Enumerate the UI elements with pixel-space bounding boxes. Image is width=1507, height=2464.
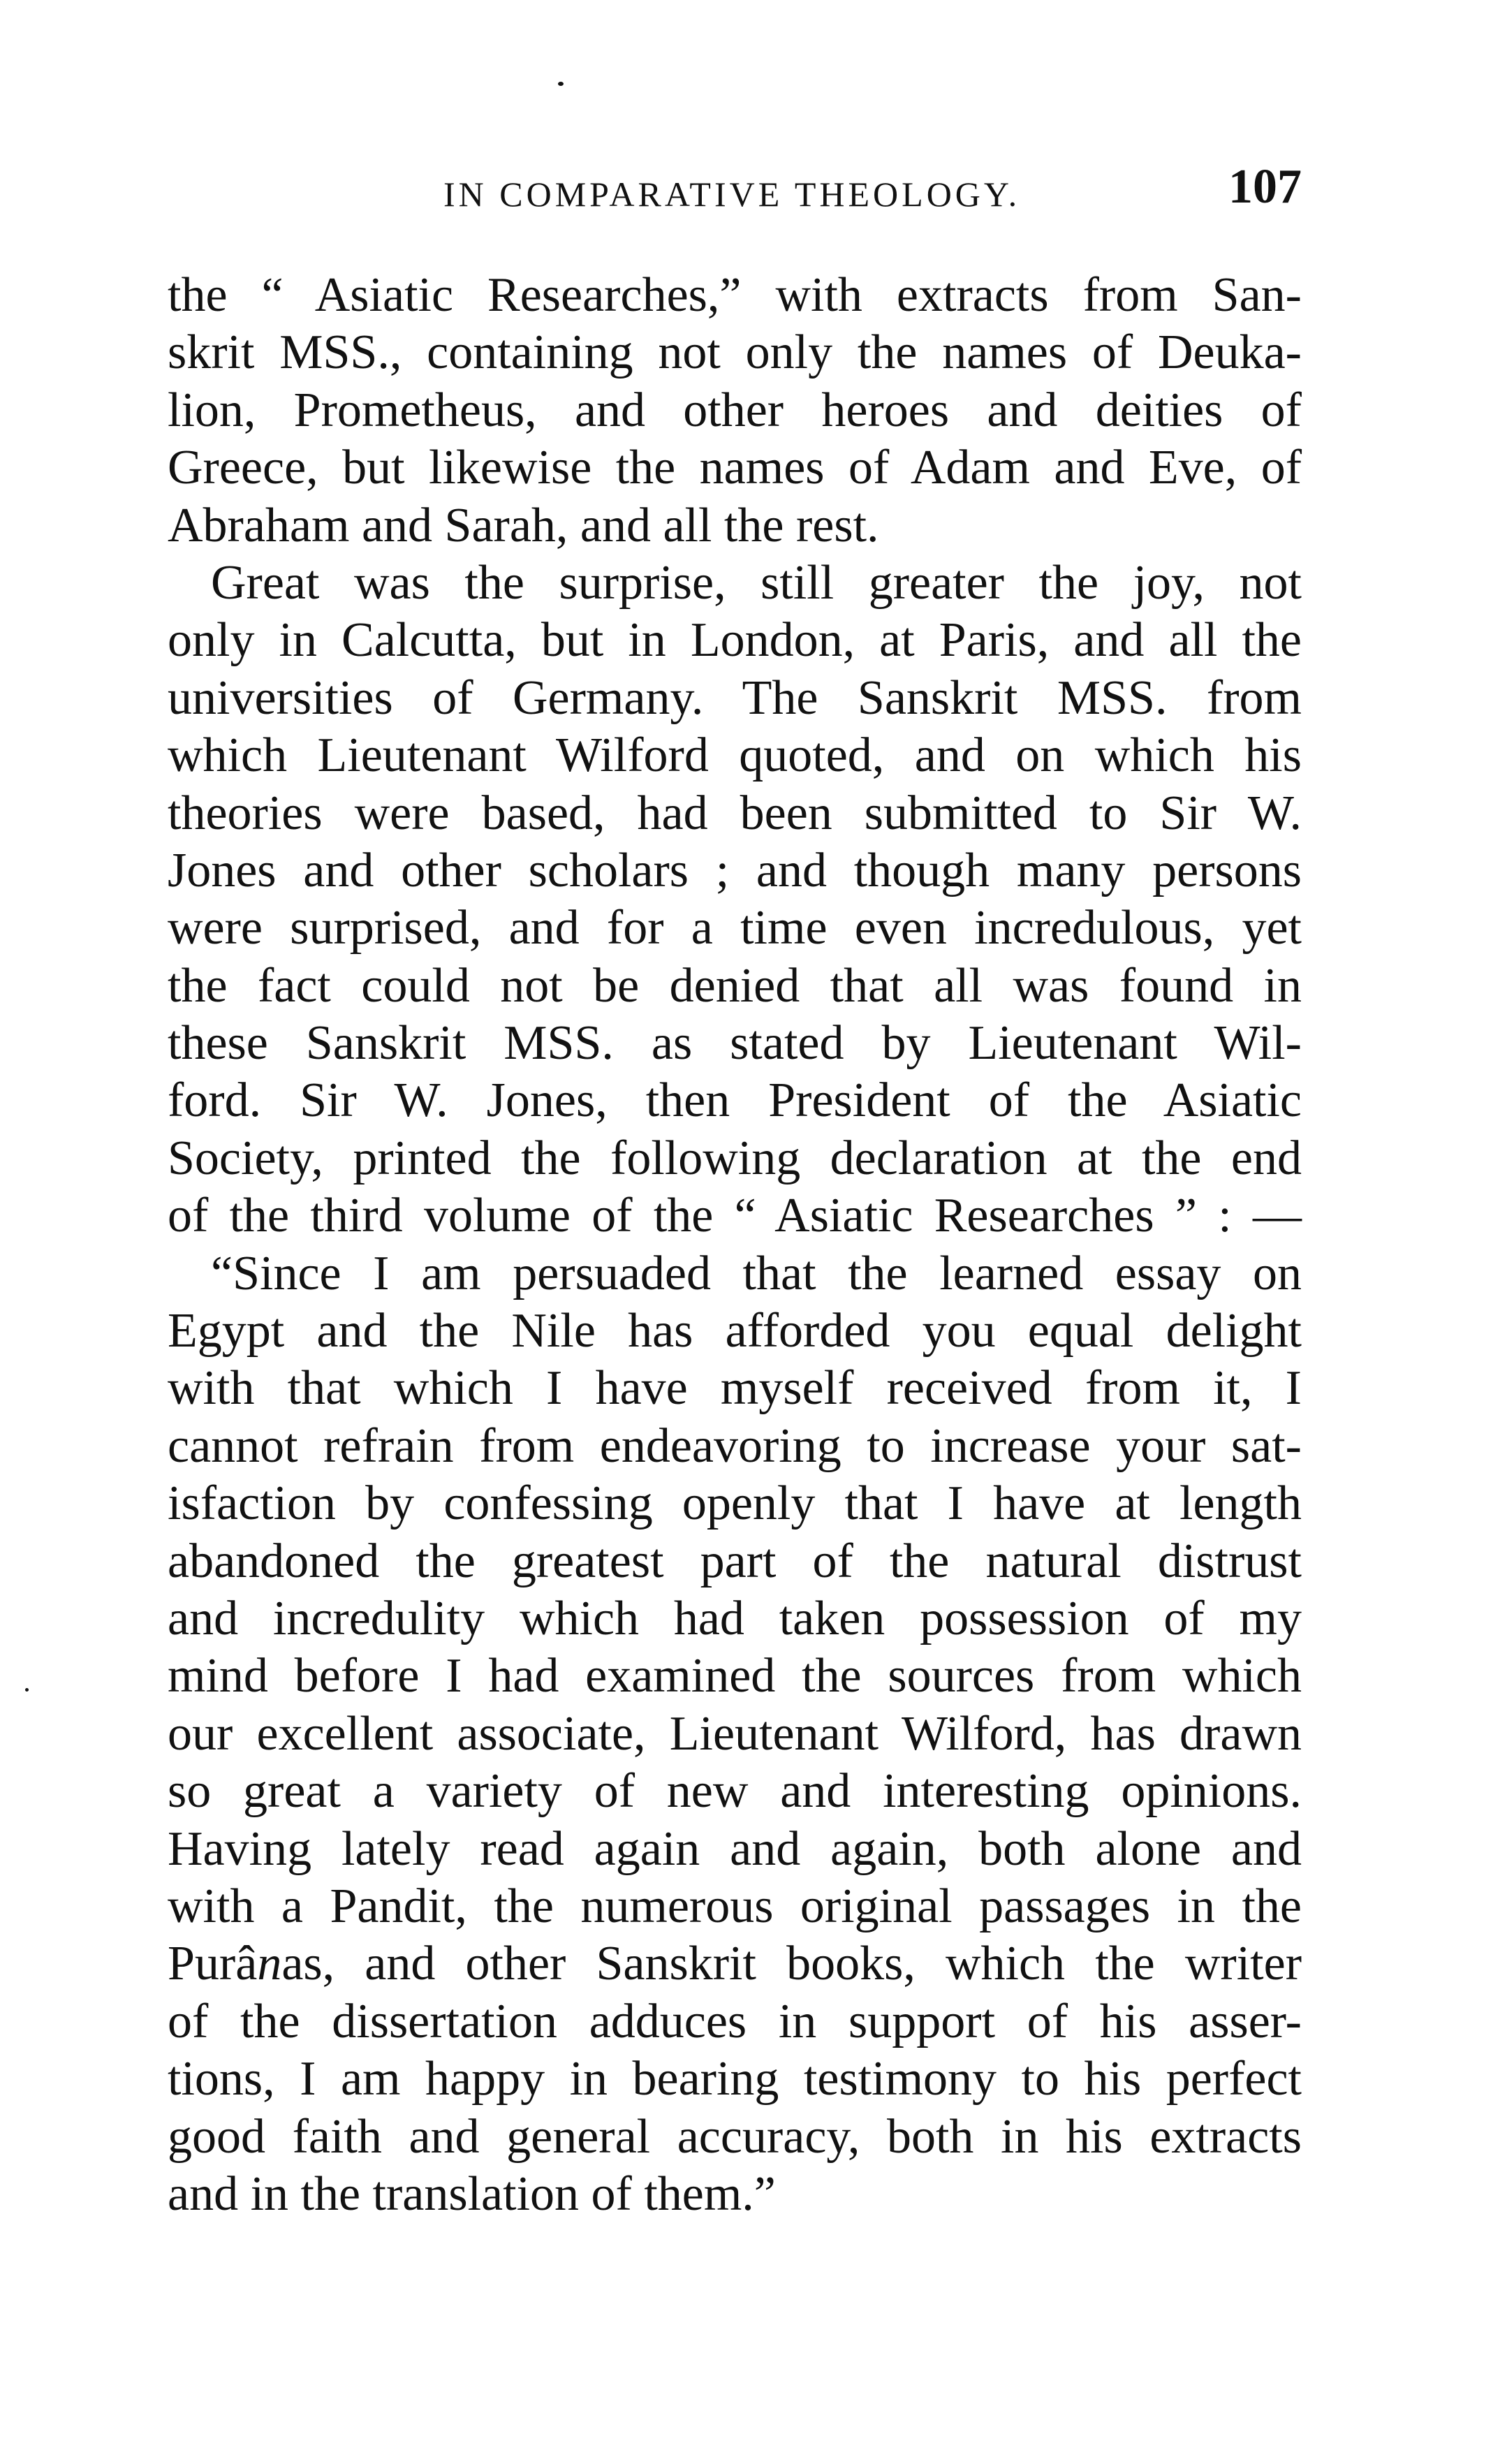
- text-line: Egypt and the Nile has afforded you equa…: [168, 1303, 1302, 1360]
- paragraph: Great was the surprise, still greater th…: [168, 555, 1302, 1245]
- text-segment: Purâ: [168, 1937, 257, 1990]
- text-line: Society, printed the following declarati…: [168, 1130, 1302, 1187]
- text-line: only in Calcutta, but in London, at Pari…: [168, 612, 1302, 669]
- text-line: abandoned the greatest part of the natur…: [168, 1533, 1302, 1590]
- page-number: 107: [1223, 161, 1302, 214]
- text-line: good faith and general accuracy, both in…: [168, 2109, 1302, 2166]
- text-line: with that which I have myself received f…: [168, 1360, 1302, 1417]
- text-line: our excellent associate, Lieutenant Wilf…: [168, 1706, 1302, 1763]
- text-line: skrit MSS., containing not only the name…: [168, 324, 1302, 381]
- text-line: so great a variety of new and interestin…: [168, 1763, 1302, 1820]
- stray-ink-mark: [25, 1688, 29, 1692]
- text-line: universities of Germany. The Sanskrit MS…: [168, 670, 1302, 727]
- text-line-puranas: Purânas, and other Sanskrit books, which…: [168, 1935, 1302, 1993]
- text-segment: as, and other Sanskrit books, which the …: [281, 1937, 1302, 1990]
- text-line: theories were based, had been submitted …: [168, 785, 1302, 842]
- paragraph: the “ Asiatic Researches,” with extracts…: [168, 267, 1302, 555]
- body-text: the “ Asiatic Researches,” with extracts…: [168, 267, 1302, 2223]
- text-line: these Sanskrit MSS. as stated by Lieuten…: [168, 1015, 1302, 1072]
- text-line: tions, I am happy in bearing testimony t…: [168, 2051, 1302, 2108]
- text-line: Jones and other scholars ; and though ma…: [168, 842, 1302, 900]
- text-line: were surprised, and for a time even incr…: [168, 900, 1302, 957]
- text-line: lion, Prometheus, and other heroes and d…: [168, 382, 1302, 439]
- running-head: In Comparative Theology.: [443, 173, 1016, 215]
- text-line: mind before I had examined the sources f…: [168, 1648, 1302, 1705]
- text-line: Greece, but likewise the names of Adam a…: [168, 439, 1302, 497]
- italic-letter: n: [257, 1937, 281, 1990]
- text-line: Having lately read again and again, both…: [168, 1821, 1302, 1878]
- text-line: “Since I am persuaded that the learned e…: [168, 1245, 1302, 1303]
- book-page: In Comparative Theology. 107 the “ Asiat…: [0, 0, 1507, 2464]
- text-line: Great was the surprise, still greater th…: [168, 555, 1302, 612]
- text-line: with a Pandit, the numerous original pas…: [168, 1878, 1302, 1935]
- text-line: and in the translation of them.”: [168, 2166, 1302, 2223]
- stray-ink-mark: [558, 82, 564, 86]
- text-line: cannot refrain from endeavoring to incre…: [168, 1418, 1302, 1475]
- quotation-paragraph: “Since I am persuaded that the learned e…: [168, 1245, 1302, 2224]
- text-line: ford. Sir W. Jones, then President of th…: [168, 1072, 1302, 1129]
- text-line: of the dissertation adduces in support o…: [168, 1993, 1302, 2051]
- text-line: Abraham and Sarah, and all the rest.: [168, 497, 1302, 555]
- text-line: the “ Asiatic Researches,” with extracts…: [168, 267, 1302, 324]
- text-line: the fact could not be denied that all wa…: [168, 958, 1302, 1015]
- text-line: and incredulity which had taken possessi…: [168, 1590, 1302, 1648]
- text-line: which Lieutenant Wilford quoted, and on …: [168, 727, 1302, 784]
- text-line: of the third volume of the “ Asiatic Res…: [168, 1187, 1302, 1245]
- text-line: isfaction by confessing openly that I ha…: [168, 1475, 1302, 1532]
